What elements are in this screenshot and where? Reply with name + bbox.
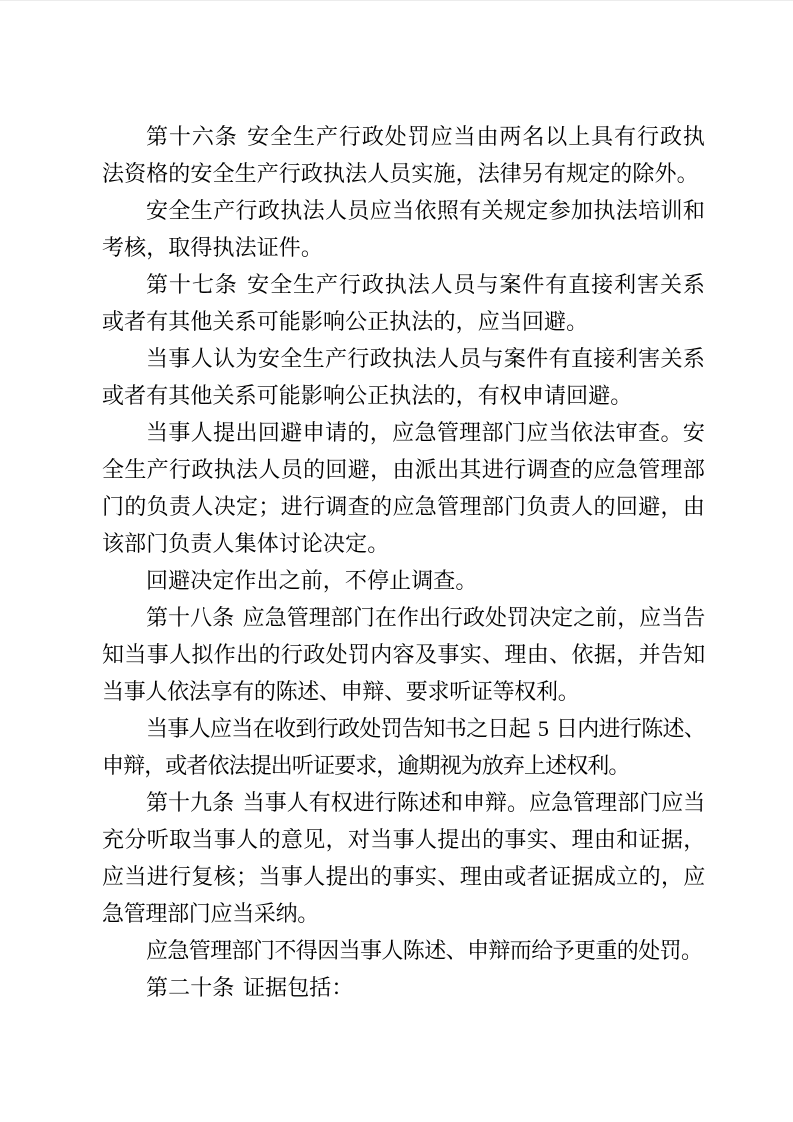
paragraph: 安全生产行政执法人员应当依照有关规定参加执法培训和考核，取得执法证件。 xyxy=(102,192,705,266)
paragraph: 第十七条 安全生产行政执法人员与案件有直接利害关系或者有其他关系可能影响公正执法… xyxy=(102,266,705,340)
document-page: 第十六条 安全生产行政处罚应当由两名以上具有行政执法资格的安全生产行政执法人员实… xyxy=(0,0,793,1122)
paragraph: 第二十条 证据包括： xyxy=(102,969,705,1006)
paragraph: 当事人提出回避申请的，应急管理部门应当依法审查。安全生产行政执法人员的回避，由派… xyxy=(102,414,705,562)
paragraph: 当事人认为安全生产行政执法人员与案件有直接利害关系或者有其他关系可能影响公正执法… xyxy=(102,340,705,414)
paragraph: 第十八条 应急管理部门在作出行政处罚决定之前，应当告知当事人拟作出的行政处罚内容… xyxy=(102,599,705,710)
paragraph: 第十六条 安全生产行政处罚应当由两名以上具有行政执法资格的安全生产行政执法人员实… xyxy=(102,118,705,192)
paragraph: 回避决定作出之前，不停止调查。 xyxy=(102,562,705,599)
document-body: 第十六条 安全生产行政处罚应当由两名以上具有行政执法资格的安全生产行政执法人员实… xyxy=(102,118,705,1006)
paragraph: 当事人应当在收到行政处罚告知书之日起 5 日内进行陈述、申辩，或者依法提出听证要… xyxy=(102,710,705,784)
paragraph: 应急管理部门不得因当事人陈述、申辩而给予更重的处罚。 xyxy=(102,932,705,969)
paragraph: 第十九条 当事人有权进行陈述和申辩。应急管理部门应当充分听取当事人的意见，对当事… xyxy=(102,784,705,932)
